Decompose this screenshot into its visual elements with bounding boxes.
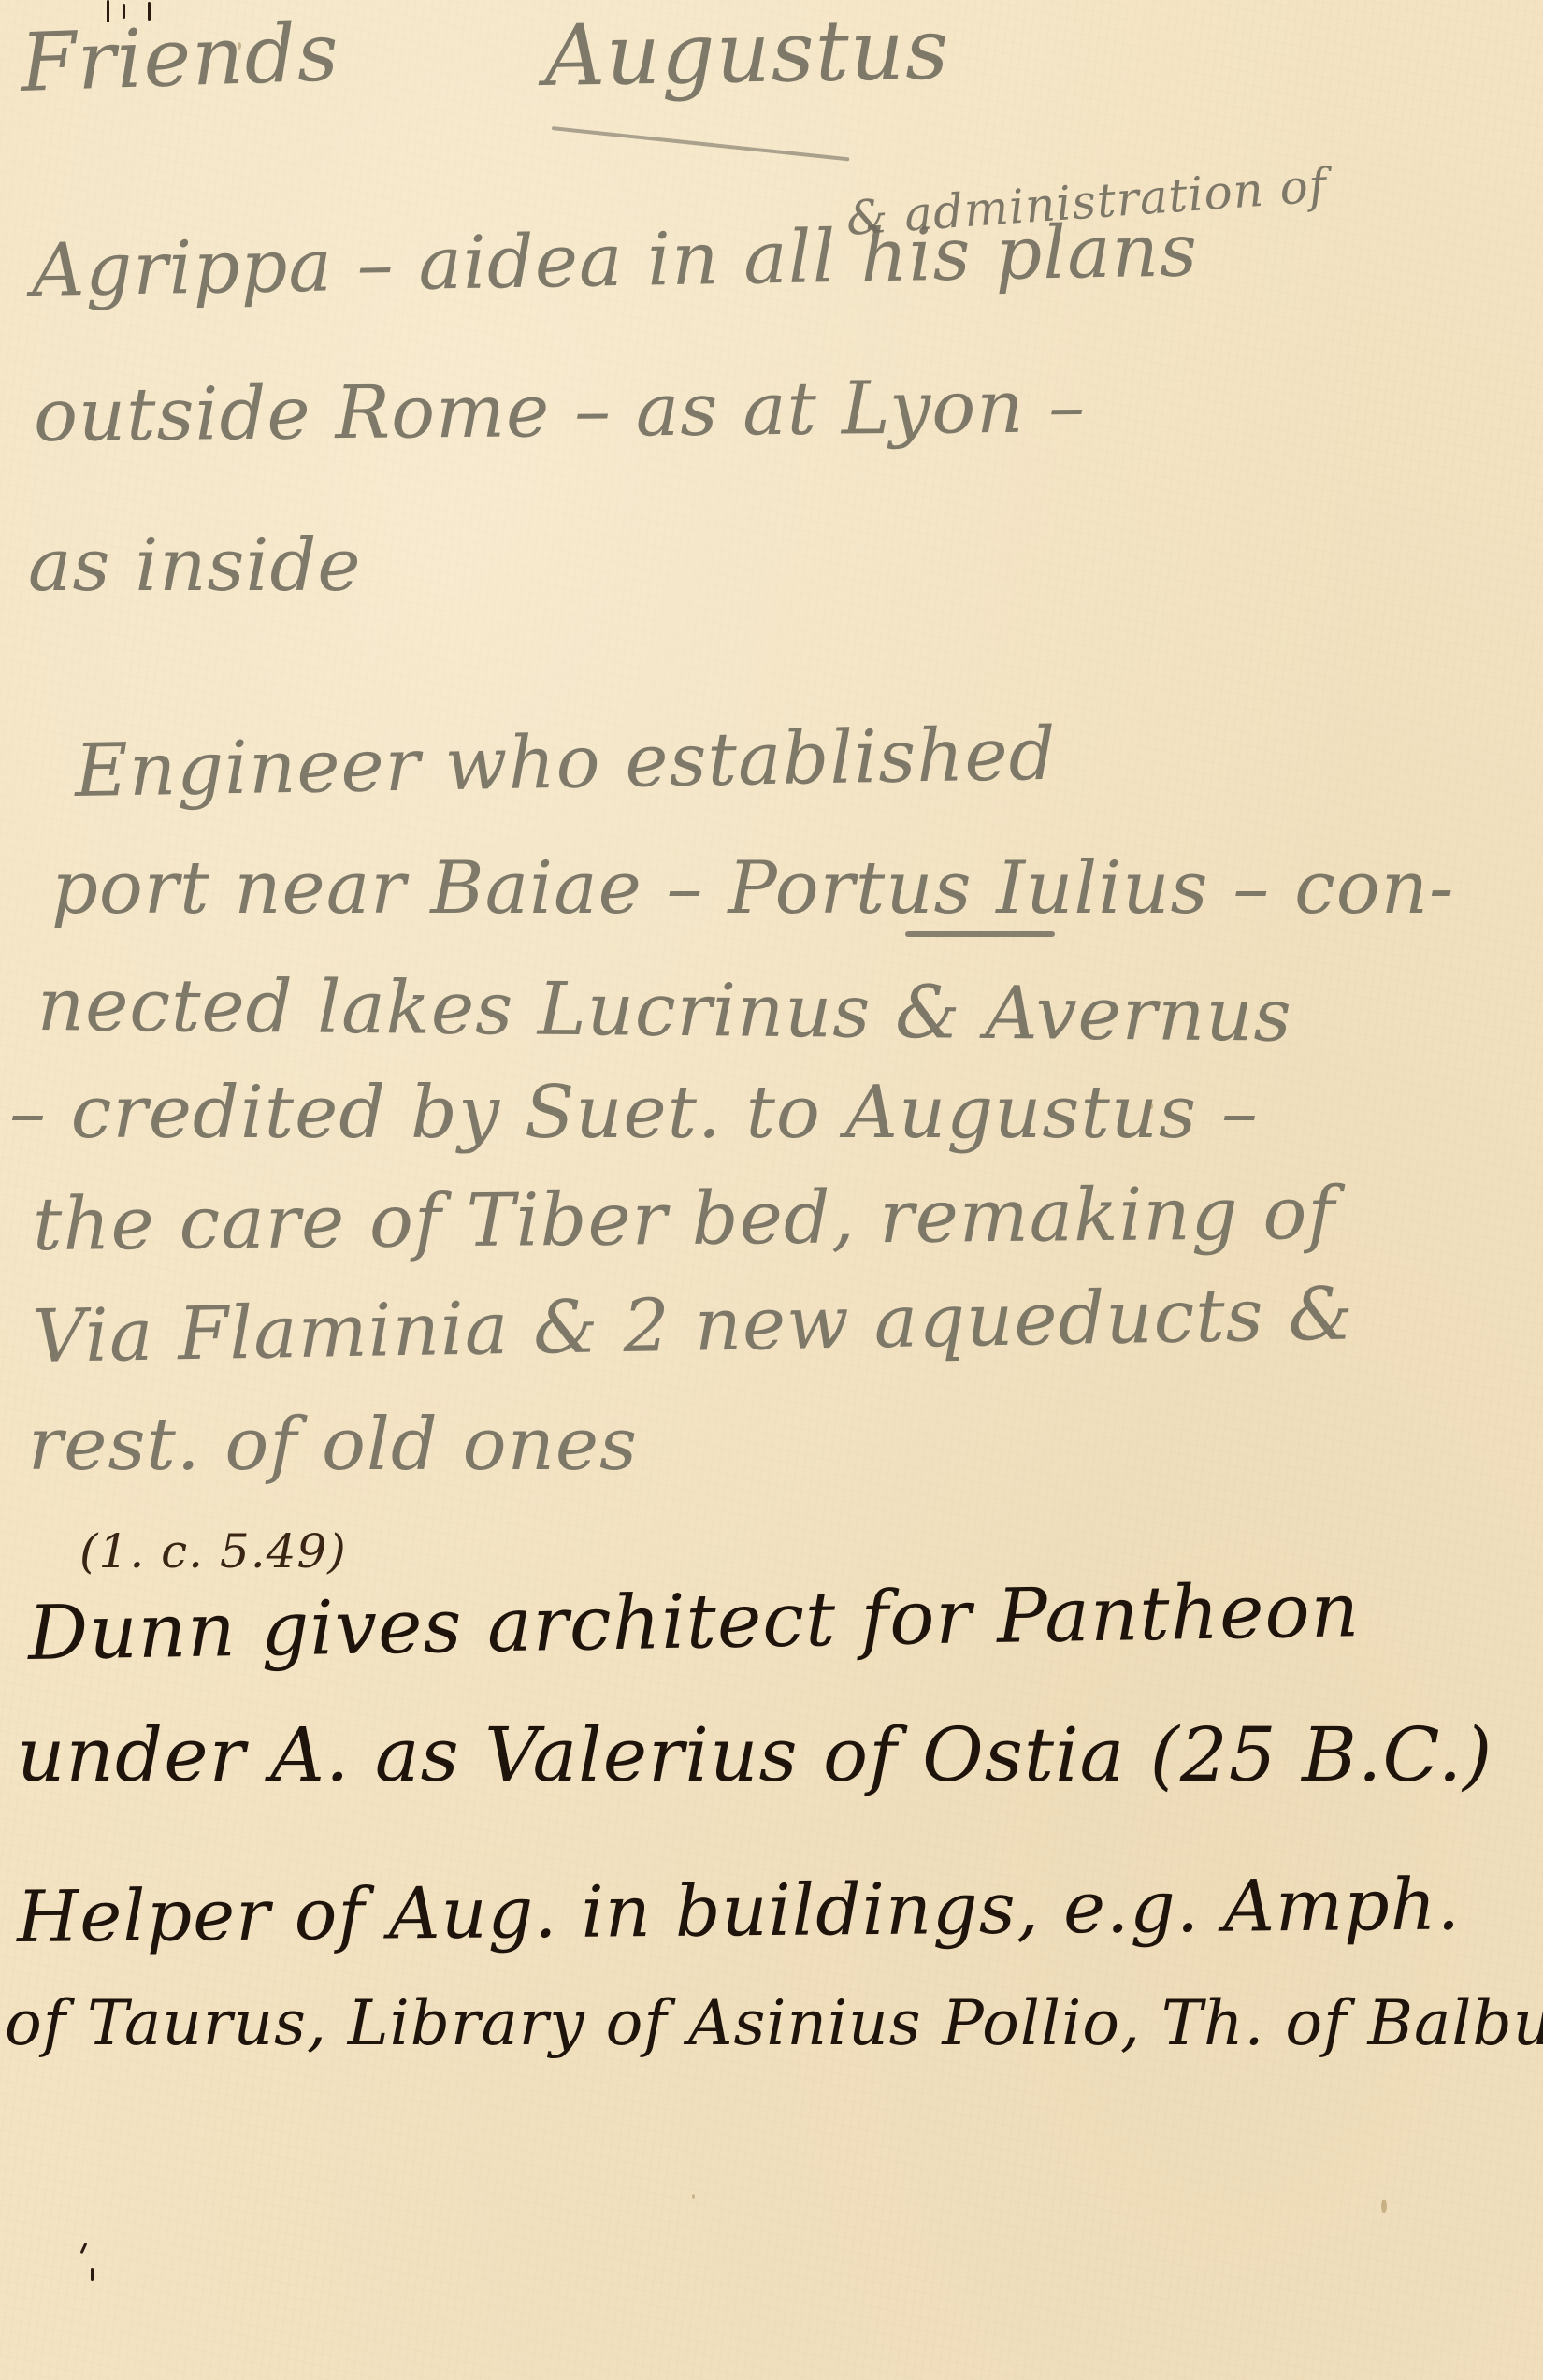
citation-note: (1. c. 5.49) — [79, 1524, 347, 1579]
paper-speck — [1150, 1103, 1153, 1109]
note-line: Via Flaminia & 2 new aqueducts & — [32, 1272, 1354, 1379]
note-line: of Taurus, Library of Asinius Pollio, Th… — [5, 1987, 1543, 2059]
ink-speck — [80, 2243, 88, 2254]
portus-iulius-underline — [905, 931, 1055, 937]
header-friends: Friends — [19, 6, 340, 110]
header-underline — [552, 126, 850, 161]
note-line: outside Rome – as at Lyon – — [34, 365, 1087, 458]
paper-speck — [1381, 2200, 1387, 2213]
note-line: rest. of old ones — [28, 1403, 638, 1487]
note-line: as inside — [28, 524, 362, 608]
note-line: – credited by Suet. to Augustus – — [9, 1071, 1259, 1155]
note-line: Agrippa – aidea in all his plans — [31, 209, 1198, 313]
note-line: Engineer who established — [74, 713, 1057, 814]
paper-speck — [692, 2194, 695, 2199]
note-line: port near Baiae – Portus Iulius – con- — [51, 846, 1454, 930]
note-line: the care of Tiber bed, remaking of — [33, 1172, 1336, 1267]
paper-speck — [238, 42, 241, 50]
header-augustus: Augustus — [543, 0, 950, 106]
handwritten-note-page: Friends Augustus & adminis­tration of Ag… — [0, 0, 1543, 2380]
note-line: under A. as Valerius of Ostia (25 B.C.) — [17, 1711, 1493, 1798]
note-line: Dunn gives architect for Pantheon — [27, 1566, 1361, 1677]
note-line: nected lakes Lucrinus & Avernus — [37, 963, 1292, 1059]
ink-speck — [91, 2268, 94, 2281]
note-line: Helper of Aug. in buildings, e.g. Amph. — [17, 1863, 1462, 1958]
